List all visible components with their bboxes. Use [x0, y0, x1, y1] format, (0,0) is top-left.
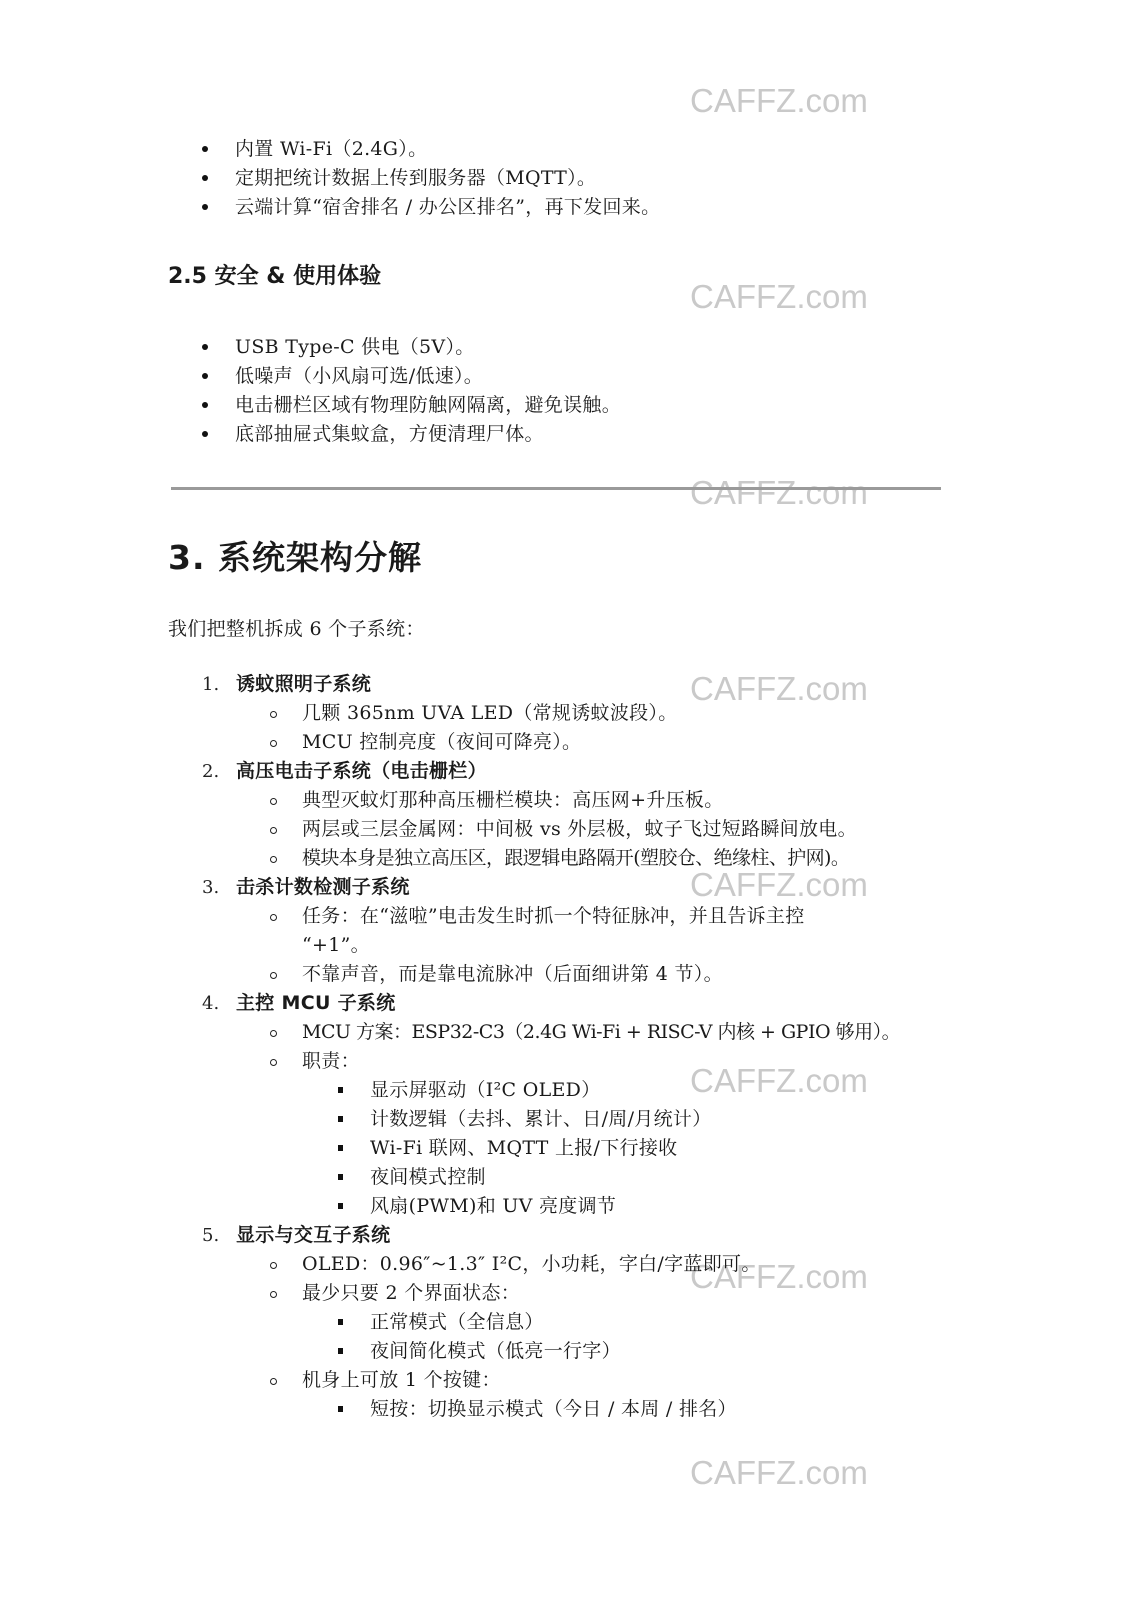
list-item: 定期把统计数据上传到服务器（MQTT）。: [235, 164, 596, 193]
section-intro: 我们把整机拆成 6 个子系统：: [168, 615, 425, 644]
list-item: 夜间模式控制: [370, 1163, 486, 1192]
bullet-dot-icon: [202, 431, 208, 437]
bullet-circle-icon: [270, 972, 277, 979]
bullet-circle-icon: [270, 827, 277, 834]
bullet-circle-icon: [270, 1059, 277, 1066]
bullet-circle-icon: [270, 856, 277, 863]
list-item: 电击栅栏区域有物理防触网隔离，避免误触。: [235, 391, 621, 420]
list-item: 底部抽屉式集蚊盒，方便清理尸体。: [235, 420, 544, 449]
bullet-square-icon: [338, 1087, 343, 1093]
subsystem-title: 击杀计数检测子系统: [236, 873, 410, 902]
list-item: 两层或三层金属网：中间极 vs 外层极，蚊子飞过短路瞬间放电。: [302, 815, 857, 844]
list-item: 低噪声（小风扇可选/低速）。: [235, 362, 483, 391]
bullet-circle-icon: [270, 1030, 277, 1037]
watermark: CAFFZ.com: [690, 1455, 868, 1491]
bullet-dot-icon: [202, 402, 208, 408]
watermark: CAFFZ.com: [690, 279, 868, 315]
list-number: 5.: [202, 1221, 219, 1250]
list-item: 夜间简化模式（低亮一行字）: [370, 1337, 621, 1366]
list-item: 正常模式（全信息）: [370, 1308, 544, 1337]
subsystem-title: 主控 MCU 子系统: [236, 989, 396, 1018]
bullet-circle-icon: [270, 740, 277, 747]
list-item: 显示屏驱动（I²C OLED）: [370, 1076, 601, 1105]
list-item: 职责：: [302, 1047, 360, 1076]
list-number: 4.: [202, 989, 219, 1018]
list-item: 几颗 365nm UVA LED（常规诱蚊波段）。: [302, 699, 678, 728]
horizontal-rule: [171, 487, 941, 490]
bullet-dot-icon: [202, 344, 208, 350]
list-item: MCU 方案：ESP32-C3（2.4G Wi-Fi + RISC-V 内核 +…: [302, 1018, 900, 1047]
bullet-dot-icon: [202, 175, 208, 181]
bullet-circle-icon: [270, 914, 277, 921]
section-heading-2-5: 2.5 安全 & 使用体验: [168, 262, 381, 292]
list-item: 内置 Wi-Fi（2.4G）。: [235, 135, 427, 164]
bullet-dot-icon: [202, 146, 208, 152]
bullet-square-icon: [338, 1116, 343, 1122]
bullet-square-icon: [338, 1406, 343, 1412]
list-item: USB Type-C 供电（5V）。: [235, 333, 475, 362]
list-item: MCU 控制亮度（夜间可降亮）。: [302, 728, 581, 757]
list-item: 计数逻辑（去抖、累计、日/周/月统计）: [370, 1105, 712, 1134]
subsystem-title: 高压电击子系统（电击栅栏）: [236, 757, 487, 786]
bullet-circle-icon: [270, 1291, 277, 1298]
list-item: 风扇(PWM)和 UV 亮度调节: [370, 1192, 616, 1221]
bullet-square-icon: [338, 1319, 343, 1325]
list-number: 2.: [202, 757, 219, 786]
document-page: CAFFZ.com CAFFZ.com CAFFZ.com CAFFZ.com …: [0, 0, 1132, 1600]
list-item: 不靠声音，而是靠电流脉冲（后面细讲第 4 节）。: [302, 960, 723, 989]
subsystem-title: 诱蚊照明子系统: [236, 670, 371, 699]
bullet-square-icon: [338, 1174, 343, 1180]
watermark: CAFFZ.com: [690, 1063, 868, 1099]
bullet-circle-icon: [270, 711, 277, 718]
list-item: OLED：0.96″~1.3″ I²C，小功耗，字白/字蓝即可。: [302, 1250, 761, 1279]
bullet-circle-icon: [270, 798, 277, 805]
watermark: CAFFZ.com: [690, 475, 868, 511]
subsystem-title: 显示与交互子系统: [236, 1221, 390, 1250]
list-item: Wi-Fi 联网、MQTT 上报/下行接收: [370, 1134, 677, 1163]
list-item: 典型灭蚊灯那种高压栅栏模块：高压网+升压板。: [302, 786, 724, 815]
bullet-square-icon: [338, 1203, 343, 1209]
list-item: 最少只要 2 个界面状态：: [302, 1279, 520, 1308]
bullet-circle-icon: [270, 1262, 277, 1269]
list-number: 1.: [202, 670, 219, 699]
list-item: 云端计算“宿舍排名 / 办公区排名”，再下发回来。: [235, 193, 660, 222]
watermark: CAFFZ.com: [690, 671, 868, 707]
bullet-square-icon: [338, 1348, 343, 1354]
list-item: 短按：切换显示模式（今日 / 本周 / 排名）: [370, 1395, 737, 1424]
section-heading-3: 3. 系统架构分解: [168, 537, 422, 579]
list-item: 机身上可放 1 个按键：: [302, 1366, 501, 1395]
list-item-continuation: “+1”。: [302, 931, 370, 960]
bullet-dot-icon: [202, 373, 208, 379]
bullet-square-icon: [338, 1145, 343, 1151]
watermark: CAFFZ.com: [690, 83, 868, 119]
list-item: 模块本身是独立高压区，跟逻辑电路隔开(塑胶仓、绝缘柱、护网)。: [302, 844, 849, 873]
bullet-dot-icon: [202, 204, 208, 210]
list-number: 3.: [202, 873, 219, 902]
list-item: 任务：在“滋啦”电击发生时抓一个特征脉冲，并且告诉主控: [302, 902, 805, 931]
bullet-circle-icon: [270, 1378, 277, 1385]
